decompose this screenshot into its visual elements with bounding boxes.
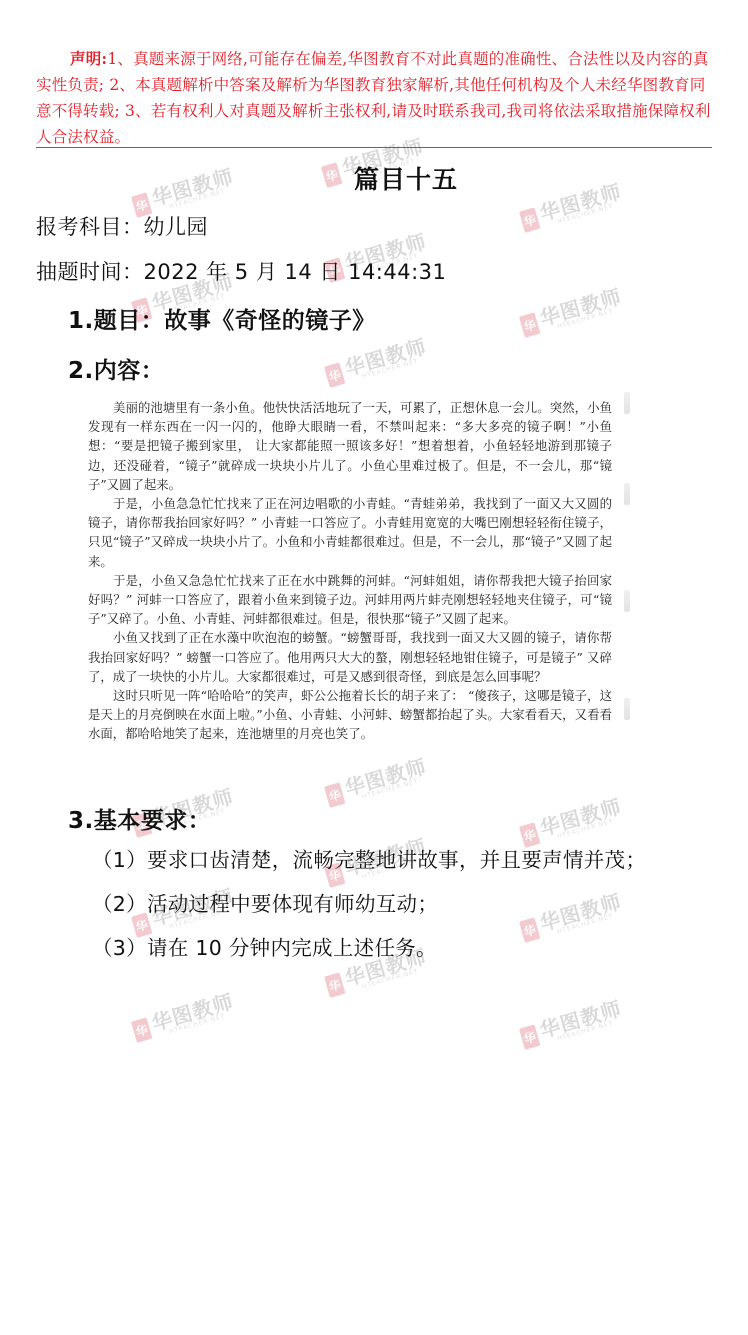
watermark-text: 华图教师 xyxy=(343,756,429,798)
watermark-logo: 华华图教师HTEACHER.NET xyxy=(518,998,625,1052)
scan-artifact xyxy=(624,483,630,505)
draw-time-value: 2022 年 5 月 14 日 14:44:31 xyxy=(144,260,447,284)
requirement-item: （3）请在 10 分钟内完成上述任务。 xyxy=(92,934,732,978)
story-paragraph: 这时只听见一阵“哈哈哈”的笑声，虾公公拖着长长的胡子来了： “傻孩子，这哪是镜子… xyxy=(88,686,612,744)
watermark-subtext: HTEACHER.NET xyxy=(557,815,626,840)
watermark-subtext: HTEACHER.NET xyxy=(557,200,626,225)
brand-logo-icon: 华 xyxy=(519,207,540,233)
watermark-logo: 华华图教师HTEACHER.NET xyxy=(323,756,430,810)
watermark-text: 华图教师 xyxy=(538,998,624,1040)
watermark-logo: 华华图教师HTEACHER.NET xyxy=(518,796,625,850)
watermark-subtext: HTEACHER.NET xyxy=(557,1017,626,1042)
requirement-item: （2）活动过程中要体现有师幼互动； xyxy=(92,890,732,934)
story-paragraph: 于是，小鱼又急急忙忙找来了正在水中跳舞的河蚌。“河蚌姐姐，请你帮我把大镜子抬回家… xyxy=(88,571,612,629)
exam-subject-label: 报考科目： xyxy=(36,215,144,239)
brand-logo-icon: 华 xyxy=(324,782,345,808)
draw-time-label: 抽题时间： xyxy=(36,260,144,284)
watermark-logo: 华华图教师HTEACHER.NET xyxy=(130,991,237,1045)
divider xyxy=(36,147,712,148)
brand-logo-icon: 华 xyxy=(519,1024,540,1050)
watermark-logo: 华华图教师HTEACHER.NET xyxy=(518,286,625,340)
scan-artifact xyxy=(624,392,630,414)
brand-logo-icon: 华 xyxy=(519,312,540,338)
watermark-subtext: HTEACHER.NET xyxy=(557,305,626,330)
watermark-text: 华图教师 xyxy=(538,286,624,328)
watermark-subtext: HTEACHER.NET xyxy=(362,775,431,800)
scan-artifact xyxy=(624,590,630,612)
requirement-item: （1）要求口齿清楚，流畅完整地讲故事，并且要声情并茂； xyxy=(92,846,732,890)
exam-subject-value: 幼儿园 xyxy=(144,215,209,239)
watermark-text: 华图教师 xyxy=(150,991,236,1033)
disclaimer-text: 1、真题来源于网络,可能存在偏差,华图教育不对此真题的准确性、合法性以及内容的真… xyxy=(36,50,711,146)
disclaimer-lead: 声明: xyxy=(70,49,107,68)
section-content-heading: 2.内容： xyxy=(68,352,164,385)
section-requirements-heading: 3.基本要求： xyxy=(68,802,211,835)
story-paragraph: 美丽的池塘里有一条小鱼。他快快活活地玩了一天，可累了，正想休息一会儿。突然，小鱼… xyxy=(88,398,612,494)
exam-subject: 报考科目：幼儿园 xyxy=(36,211,208,241)
disclaimer: 声明:1、真题来源于网络,可能存在偏差,华图教育不对此真题的准确性、合法性以及内… xyxy=(36,46,716,150)
scan-artifact xyxy=(624,698,630,720)
watermark-text: 华图教师 xyxy=(343,336,429,378)
brand-logo-icon: 华 xyxy=(519,822,540,848)
page-title: 篇目十五 xyxy=(0,160,748,196)
watermark-logo: 华华图教师HTEACHER.NET xyxy=(323,336,430,390)
brand-logo-icon: 华 xyxy=(324,362,345,388)
brand-logo-icon: 华 xyxy=(131,1017,152,1043)
section-topic-heading: 1.题目：故事《奇怪的镜子》 xyxy=(68,302,376,335)
watermark-subtext: HTEACHER.NET xyxy=(362,355,431,380)
watermark-text: 华图教师 xyxy=(538,796,624,838)
story-text: 美丽的池塘里有一条小鱼。他快快活活地玩了一天，可累了，正想休息一会儿。突然，小鱼… xyxy=(88,398,612,744)
story-paragraph: 小鱼又找到了正在水藻中吹泡泡的螃蟹。“螃蟹哥哥，我找到一面又大又圆的镜子，请你帮… xyxy=(88,628,612,686)
requirements-list: （1）要求口齿清楚，流畅完整地讲故事，并且要声情并茂； （2）活动过程中要体现有… xyxy=(92,846,732,978)
draw-time: 抽题时间：2022 年 5 月 14 日 14:44:31 xyxy=(36,256,446,286)
watermark-subtext: HTEACHER.NET xyxy=(169,1010,238,1035)
story-paragraph: 于是，小鱼急急忙忙找来了正在河边唱歌的小青蛙。“青蛙弟弟，我找到了一面又大又圆的… xyxy=(88,494,612,571)
